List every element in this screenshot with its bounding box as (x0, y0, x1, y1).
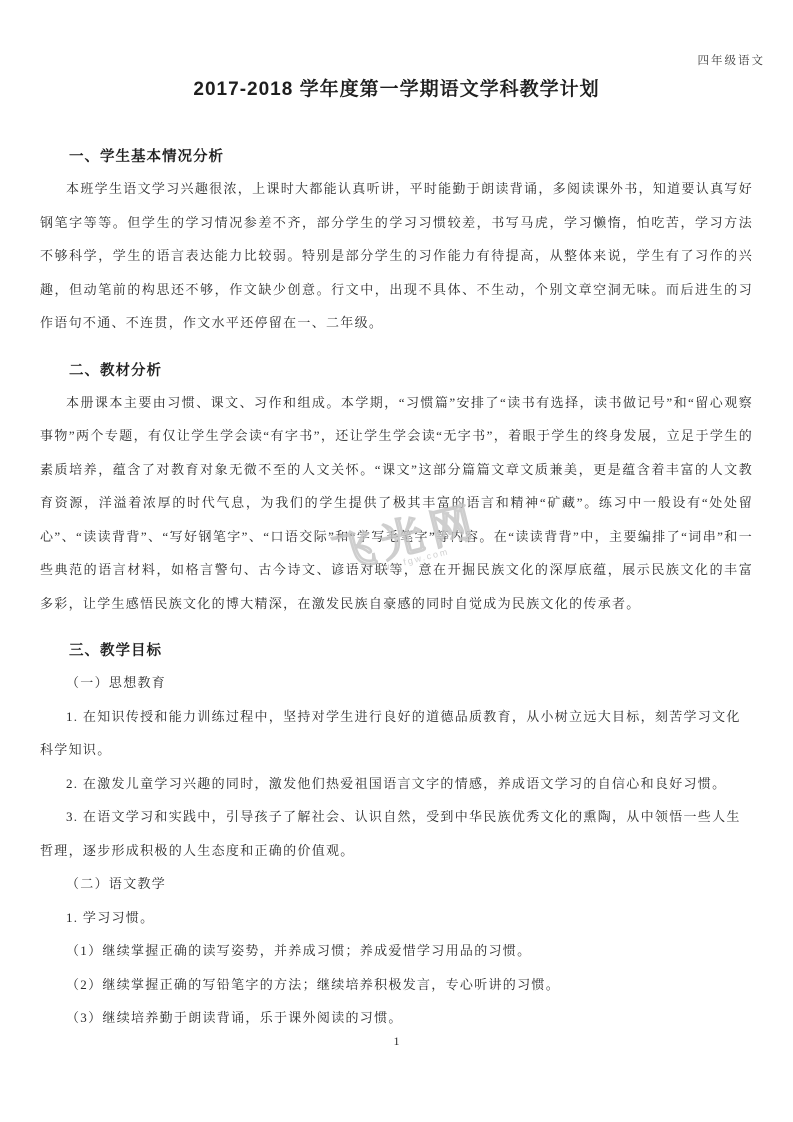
section-heading-teaching-goals: 三、教学目标 (40, 642, 753, 660)
page-number: 1 (0, 1034, 793, 1049)
grade-label: 四年级语文 (698, 52, 766, 68)
goals-subheading-ideology: （一）思想教育 (40, 666, 753, 700)
goals-item-3: 3. 在语文学习和实践中，引导孩子了解社会、认识自然，受到中华民族优秀文化的熏陶… (40, 800, 753, 867)
goals-habit-2: （2）继续掌握正确的写铅笔字的方法；继续培养积极发言，专心听讲的习惯。 (40, 968, 753, 1002)
teaching-goals-list: （一）思想教育 1. 在知识传授和能力训练过程中，坚持对学生进行良好的道德品质教… (40, 666, 753, 1035)
section-heading-textbook-analysis: 二、教材分析 (40, 362, 753, 380)
goals-item-2: 2. 在激发儿童学习兴趣的同时，激发他们热爱祖国语言文字的情感，养成语文学习的自… (40, 767, 753, 801)
goals-habits-heading: 1. 学习习惯。 (40, 901, 753, 935)
goals-item-1: 1. 在知识传授和能力训练过程中，坚持对学生进行良好的道德品质教育，从小树立远大… (40, 700, 753, 767)
textbook-analysis-paragraph: 本册课本主要由习惯、课文、习作和组成。本学期，“习惯篇”安排了“读书有选择，读书… (40, 386, 753, 621)
page-title: 2017-2018 学年度第一学期语文学科教学计划 (40, 0, 753, 102)
section-heading-student-analysis: 一、学生基本情况分析 (40, 148, 753, 166)
goals-subheading-chinese-teaching: （二）语文教学 (40, 867, 753, 901)
student-analysis-paragraph: 本班学生语文学习兴趣很浓，上课时大都能认真听讲，平时能勤于朗读背诵，多阅读课外书… (40, 172, 753, 340)
goals-habit-3: （3）继续培养勤于朗读背诵，乐于课外阅读的习惯。 (40, 1001, 753, 1035)
goals-habit-1: （1）继续掌握正确的读写姿势，并养成习惯；养成爱惜学习用品的习惯。 (40, 934, 753, 968)
document-page: 四年级语文 2017-2018 学年度第一学期语文学科教学计划 一、学生基本情况… (0, 0, 793, 1035)
